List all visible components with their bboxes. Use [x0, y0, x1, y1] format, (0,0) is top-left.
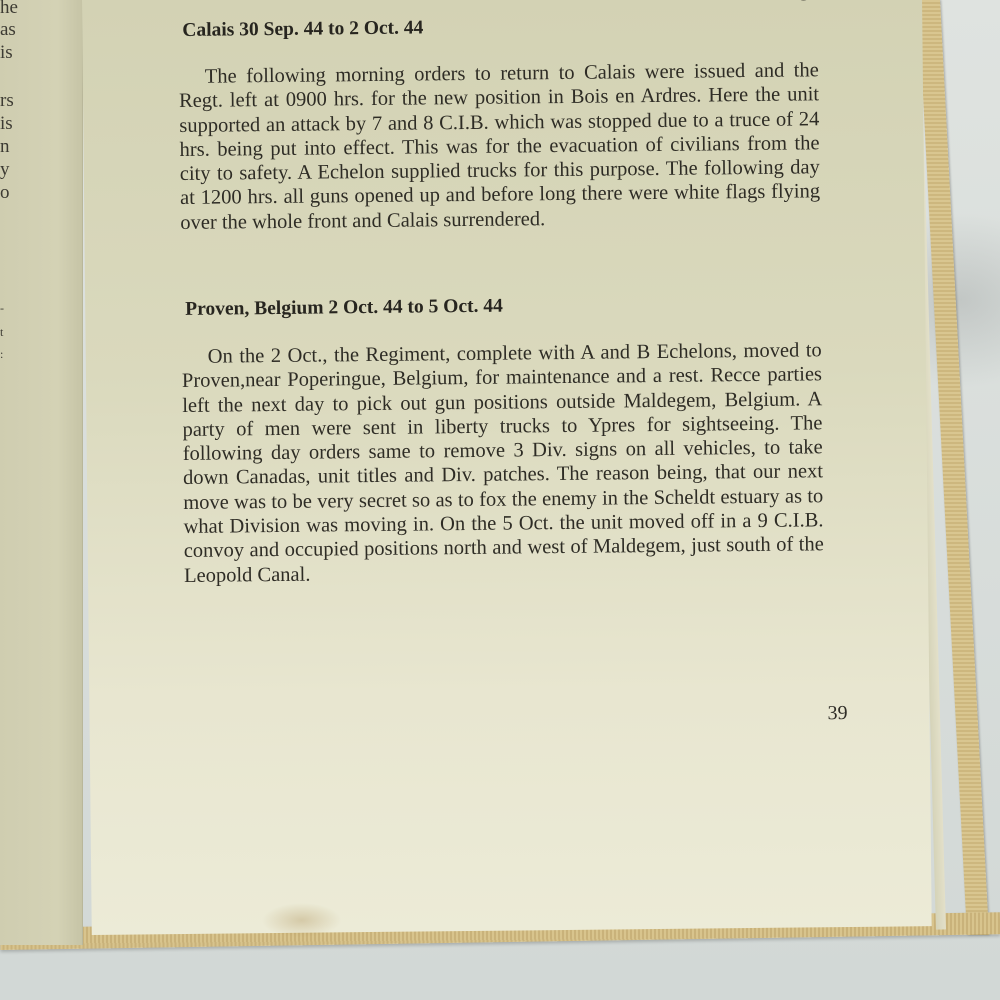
- left-page-fragment: as: [0, 18, 16, 42]
- right-page: …nlooking men. Calais 30 Sep. 44 to 2 Oc…: [82, 0, 932, 935]
- section-body-proven: On the 2 Oct., the Regiment, complete wi…: [182, 338, 825, 588]
- left-page-fragment: y: [0, 158, 10, 182]
- page-number: 39: [827, 702, 847, 725]
- paragraph: On the 2 Oct., the Regiment, complete wi…: [182, 338, 825, 588]
- left-page-mark: :: [0, 342, 3, 366]
- left-page-fragment: is: [0, 112, 13, 136]
- left-page-fragment: he: [0, 0, 18, 20]
- partial-top-line: …nlooking men.: [722, 0, 851, 3]
- left-page-fragment: rs: [0, 89, 14, 113]
- section-body-calais: The following morning orders to return t…: [179, 58, 821, 235]
- left-page-fragment: o: [0, 181, 10, 205]
- paragraph: The following morning orders to return t…: [179, 58, 821, 235]
- left-page-fragment: n: [0, 135, 10, 159]
- section-heading-proven: Proven, Belgium 2 Oct. 44 to 5 Oct. 44: [185, 296, 503, 321]
- left-page: he as is rs is n y o - t :: [0, 0, 83, 945]
- paper-stain: [261, 902, 341, 938]
- left-page-fragment: is: [0, 41, 13, 65]
- left-page-mark: t: [0, 320, 3, 344]
- section-heading-calais: Calais 30 Sep. 44 to 2 Oct. 44: [182, 17, 423, 42]
- left-page-mark: -: [0, 296, 4, 320]
